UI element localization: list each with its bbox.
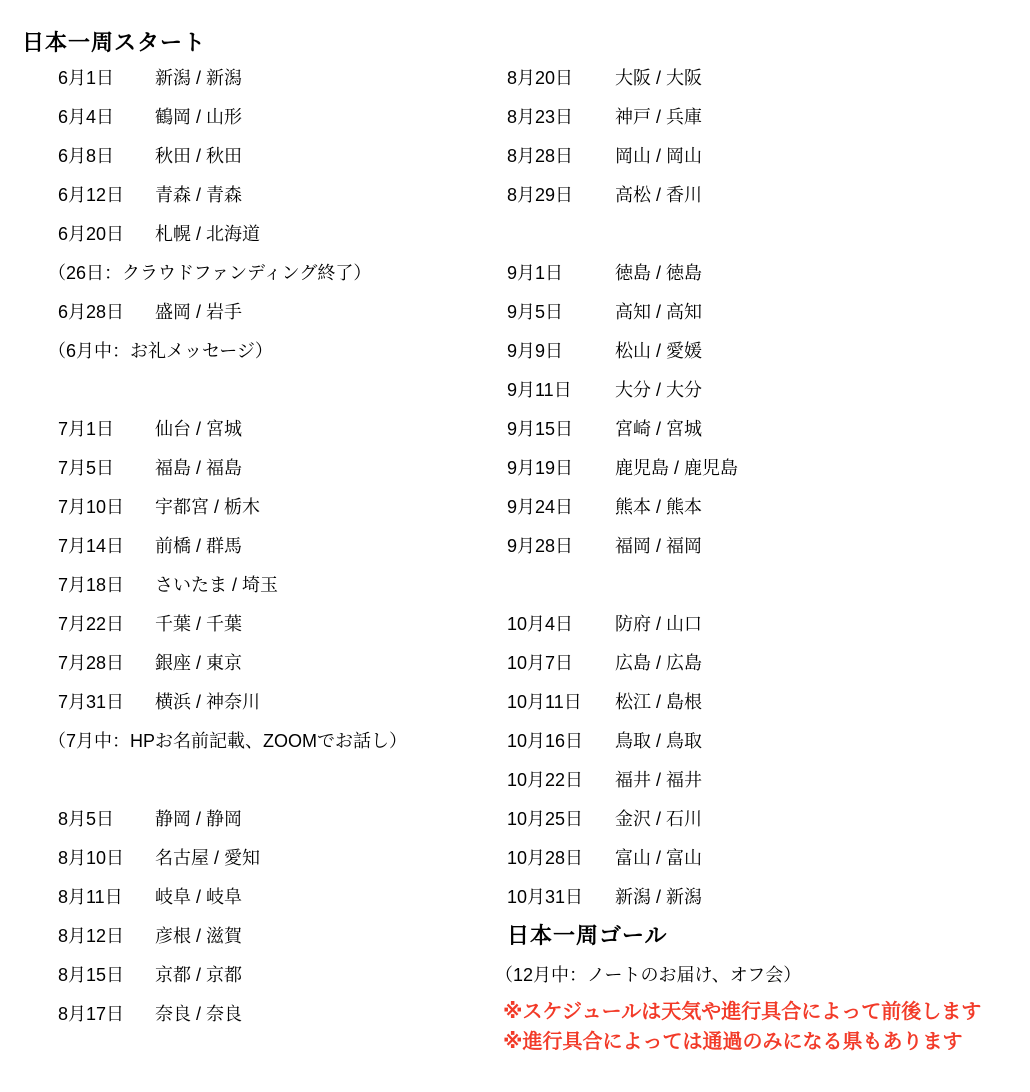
entry-date: 10月28日 (507, 844, 615, 870)
entry-location: 鹿児島 / 鹿児島 (615, 454, 738, 480)
schedule-entry: 8月15日京都 / 京都 (58, 954, 503, 993)
entry-location: 松山 / 愛媛 (615, 337, 702, 363)
entry-location: 名古屋 / 愛知 (155, 844, 260, 870)
schedule-note: （6月中：お礼メッセージ） (48, 330, 503, 369)
entry-date: 10月7日 (507, 649, 615, 675)
entry-date: 8月12日 (58, 922, 155, 948)
entry-location: 彦根 / 滋賀 (155, 922, 242, 948)
entry-date: 6月8日 (58, 142, 155, 168)
entry-date: 10月31日 (507, 883, 615, 909)
schedule-entry: 8月10日名古屋 / 愛知 (58, 837, 503, 876)
entry-location: 千葉 / 千葉 (155, 610, 242, 636)
entry-date: 9月28日 (507, 532, 615, 558)
schedule-entry: 7月28日銀座 / 東京 (58, 642, 503, 681)
entry-location: 福島 / 福島 (155, 454, 242, 480)
entry-location: 福井 / 福井 (615, 766, 702, 792)
entry-date: 8月10日 (58, 844, 155, 870)
entry-location: 宮崎 / 宮城 (615, 415, 702, 441)
schedule-entry: 7月14日前橋 / 群馬 (58, 525, 503, 564)
schedule-entry: 10月28日富山 / 富山 (507, 837, 1027, 876)
schedule-entry: 8月12日彦根 / 滋賀 (58, 915, 503, 954)
entry-date: 6月12日 (58, 181, 155, 207)
schedule-entry: 6月8日秋田 / 秋田 (58, 135, 503, 174)
schedule-entry: 6月4日鶴岡 / 山形 (58, 96, 503, 135)
schedule-entry: 9月5日高知 / 高知 (507, 291, 1027, 330)
schedule-entry: 10月7日広島 / 広島 (507, 642, 1027, 681)
entry-location: 宇都宮 / 栃木 (155, 493, 260, 519)
entry-location: 大阪 / 大阪 (615, 64, 702, 90)
entry-location: 仙台 / 宮城 (155, 415, 242, 441)
schedule-entry: 10月16日鳥取 / 鳥取 (507, 720, 1027, 759)
entry-date: 7月22日 (58, 610, 155, 636)
entry-location: 秋田 / 秋田 (155, 142, 242, 168)
schedule-entry: 7月31日横浜 / 神奈川 (58, 681, 503, 720)
disclaimer: ※スケジュールは天気や進行具合によって前後します ※進行具合によっては通過のみに… (503, 997, 1027, 1057)
entry-location: 岐阜 / 岐阜 (155, 883, 242, 909)
entry-location: 神戸 / 兵庫 (615, 103, 702, 129)
schedule-entry: 10月31日新潟 / 新潟 (507, 876, 1027, 915)
entry-location: 前橋 / 群馬 (155, 532, 242, 558)
disclaimer-line-1: ※スケジュールは天気や進行具合によって前後します (503, 997, 1027, 1027)
goal-note: （12月中：ノートのお届け、オフ会） (495, 954, 1027, 993)
schedule-entry: 8月28日岡山 / 岡山 (507, 135, 1027, 174)
schedule-column-left: 6月1日新潟 / 新潟6月4日鶴岡 / 山形6月8日秋田 / 秋田6月12日青森… (58, 57, 503, 1032)
schedule-entry: 6月1日新潟 / 新潟 (58, 57, 503, 96)
entry-date: 6月28日 (58, 298, 155, 324)
entry-location: 金沢 / 石川 (615, 805, 702, 831)
schedule-entry: 7月10日宇都宮 / 栃木 (58, 486, 503, 525)
entry-date: 9月9日 (507, 337, 615, 363)
schedule-entry: 8月29日高松 / 香川 (507, 174, 1027, 213)
entry-location: 横浜 / 神奈川 (155, 688, 260, 714)
schedule-entry: 10月25日金沢 / 石川 (507, 798, 1027, 837)
schedule-entry: 10月4日防府 / 山口 (507, 603, 1027, 642)
schedule-page: 日本一周スタート 6月1日新潟 / 新潟6月4日鶴岡 / 山形6月8日秋田 / … (0, 0, 1030, 1092)
schedule-rows-right: 8月20日大阪 / 大阪8月23日神戸 / 兵庫8月28日岡山 / 岡山8月29… (507, 57, 1027, 915)
entry-date: 10月25日 (507, 805, 615, 831)
schedule-entry: 9月15日宮崎 / 宮城 (507, 408, 1027, 447)
entry-date: 6月4日 (58, 103, 155, 129)
entry-location: 熊本 / 熊本 (615, 493, 702, 519)
schedule-entry: 10月11日松江 / 島根 (507, 681, 1027, 720)
entry-location: 岡山 / 岡山 (615, 142, 702, 168)
entry-date: 8月28日 (507, 142, 615, 168)
entry-date: 6月20日 (58, 220, 155, 246)
entry-date: 9月19日 (507, 454, 615, 480)
schedule-entry: 8月17日奈良 / 奈良 (58, 993, 503, 1032)
entry-date: 9月15日 (507, 415, 615, 441)
row-spacer (507, 564, 1027, 603)
schedule-entry: 6月20日札幌 / 北海道 (58, 213, 503, 252)
entry-date: 10月11日 (507, 688, 615, 714)
schedule-rows-left: 6月1日新潟 / 新潟6月4日鶴岡 / 山形6月8日秋田 / 秋田6月12日青森… (58, 57, 503, 1032)
disclaimer-line-2: ※進行具合によっては通過のみになる県もあります (503, 1027, 1027, 1057)
schedule-entry: 9月1日徳島 / 徳島 (507, 252, 1027, 291)
schedule-entry: 9月19日鹿児島 / 鹿児島 (507, 447, 1027, 486)
entry-location: 盛岡 / 岩手 (155, 298, 242, 324)
entry-date: 6月1日 (58, 64, 155, 90)
schedule-entry: 8月5日静岡 / 静岡 (58, 798, 503, 837)
entry-location: 札幌 / 北海道 (155, 220, 260, 246)
entry-date: 9月11日 (507, 376, 615, 402)
schedule-entry: 7月5日福島 / 福島 (58, 447, 503, 486)
entry-location: 大分 / 大分 (615, 376, 702, 402)
entry-date: 9月5日 (507, 298, 615, 324)
entry-location: 京都 / 京都 (155, 961, 242, 987)
entry-location: 静岡 / 静岡 (155, 805, 242, 831)
entry-date: 8月29日 (507, 181, 615, 207)
schedule-entry: 8月20日大阪 / 大阪 (507, 57, 1027, 96)
entry-location: 高知 / 高知 (615, 298, 702, 324)
entry-date: 8月11日 (58, 883, 155, 909)
row-spacer (58, 759, 503, 798)
entry-date: 10月22日 (507, 766, 615, 792)
entry-date: 7月14日 (58, 532, 155, 558)
schedule-column-right: 8月20日大阪 / 大阪8月23日神戸 / 兵庫8月28日岡山 / 岡山8月29… (507, 57, 1027, 1057)
schedule-note: （26日：クラウドファンディング終了） (48, 252, 503, 291)
schedule-entry: 9月28日福岡 / 福岡 (507, 525, 1027, 564)
entry-date: 7月28日 (58, 649, 155, 675)
entry-date: 8月5日 (58, 805, 155, 831)
entry-date: 8月15日 (58, 961, 155, 987)
entry-location: 徳島 / 徳島 (615, 259, 702, 285)
schedule-entry: 6月28日盛岡 / 岩手 (58, 291, 503, 330)
entry-date: 9月1日 (507, 259, 615, 285)
entry-date: 7月5日 (58, 454, 155, 480)
entry-location: 銀座 / 東京 (155, 649, 242, 675)
entry-location: 奈良 / 奈良 (155, 1000, 242, 1026)
entry-location: 新潟 / 新潟 (155, 64, 242, 90)
entry-date: 8月23日 (507, 103, 615, 129)
entry-location: 鶴岡 / 山形 (155, 103, 242, 129)
entry-date: 7月10日 (58, 493, 155, 519)
entry-date: 7月18日 (58, 571, 155, 597)
entry-location: 富山 / 富山 (615, 844, 702, 870)
start-heading: 日本一周スタート (22, 26, 206, 57)
entry-location: さいたま / 埼玉 (155, 571, 278, 597)
schedule-entry: 9月11日大分 / 大分 (507, 369, 1027, 408)
schedule-entry: 6月12日青森 / 青森 (58, 174, 503, 213)
goal-heading: 日本一周ゴール (507, 915, 1027, 954)
entry-date: 7月31日 (58, 688, 155, 714)
entry-location: 青森 / 青森 (155, 181, 242, 207)
row-spacer (507, 213, 1027, 252)
entry-date: 10月4日 (507, 610, 615, 636)
schedule-entry: 8月11日岐阜 / 岐阜 (58, 876, 503, 915)
entry-date: 10月16日 (507, 727, 615, 753)
entry-date: 8月17日 (58, 1000, 155, 1026)
entry-date: 8月20日 (507, 64, 615, 90)
schedule-entry: 8月23日神戸 / 兵庫 (507, 96, 1027, 135)
entry-location: 高松 / 香川 (615, 181, 702, 207)
entry-location: 鳥取 / 鳥取 (615, 727, 702, 753)
entry-date: 9月24日 (507, 493, 615, 519)
schedule-entry: 10月22日福井 / 福井 (507, 759, 1027, 798)
schedule-entry: 9月24日熊本 / 熊本 (507, 486, 1027, 525)
schedule-entry: 9月9日松山 / 愛媛 (507, 330, 1027, 369)
entry-location: 福岡 / 福岡 (615, 532, 702, 558)
entry-location: 広島 / 広島 (615, 649, 702, 675)
schedule-entry: 7月18日さいたま / 埼玉 (58, 564, 503, 603)
schedule-note: （7月中：HPお名前記載、ZOOMでお話し） (48, 720, 503, 759)
row-spacer (58, 369, 503, 408)
entry-location: 防府 / 山口 (615, 610, 702, 636)
schedule-entry: 7月22日千葉 / 千葉 (58, 603, 503, 642)
entry-location: 松江 / 島根 (615, 688, 702, 714)
entry-date: 7月1日 (58, 415, 155, 441)
schedule-entry: 7月1日仙台 / 宮城 (58, 408, 503, 447)
entry-location: 新潟 / 新潟 (615, 883, 702, 909)
